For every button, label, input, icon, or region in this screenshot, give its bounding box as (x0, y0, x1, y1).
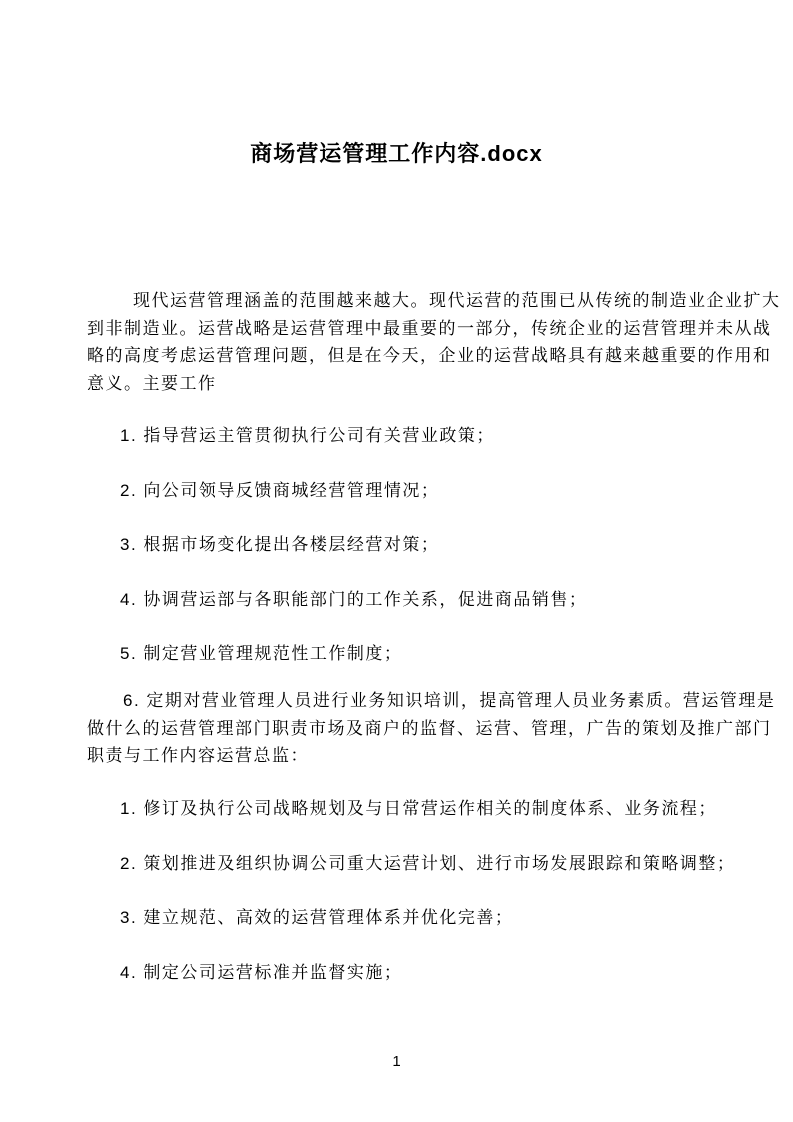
director-duties-list: 1. 修订及执行公司战略规划及与日常营运作相关的制度体系、业务流程； 2. 策划… (87, 795, 793, 1013)
list-item: 1. 指导营运主管贯彻执行公司有关营业政策； (87, 422, 793, 450)
paragraph-line: 做什么的运营管理部门职责市场及商户的监督、运营、管理，广告的策划及推广部门 (87, 715, 793, 743)
duties-list: 1. 指导营运主管贯彻执行公司有关营业政策； 2. 向公司领导反馈商城经营管理情… (87, 422, 793, 695)
document-title: 商场营运管理工作内容.docx (0, 139, 793, 169)
paragraph-line: 现代运营管理涵盖的范围越来越大。现代运营的范围已从传统的制造业企业扩大 (87, 287, 793, 315)
intro-paragraph: 现代运营管理涵盖的范围越来越大。现代运营的范围已从传统的制造业企业扩大 到非制造… (87, 287, 793, 397)
paragraph-line: 到非制造业。运营战略是运营管理中最重要的一部分，传统企业的运营管理并未从战 (87, 315, 793, 343)
list-item: 3. 建立规范、高效的运营管理体系并优化完善； (87, 904, 793, 932)
page-number: 1 (0, 1052, 793, 1072)
paragraph-line: 略的高度考虑运营管理问题，但是在今天，企业的运营战略具有越来越重要的作用和 (87, 342, 793, 370)
paragraph-line: 职责与工作内容运营总监： (87, 742, 793, 770)
list-item: 2. 向公司领导反馈商城经营管理情况； (87, 477, 793, 505)
list-item: 4. 制定公司运营标准并监督实施； (87, 959, 793, 987)
paragraph-line: 意义。主要工作 (87, 370, 793, 398)
list-item: 2. 策划推进及组织协调公司重大运营计划、进行市场发展跟踪和策略调整； (87, 850, 793, 878)
list-item: 3. 根据市场变化提出各楼层经营对策； (87, 531, 793, 559)
document-page: 商场营运管理工作内容.docx 现代运营管理涵盖的范围越来越大。现代运营的范围已… (0, 0, 793, 1122)
item6-paragraph: 6. 定期对营业管理人员进行业务知识培训，提高管理人员业务素质。营运管理是 做什… (87, 687, 793, 770)
list-item: 5. 制定营业管理规范性工作制度； (87, 640, 793, 668)
paragraph-line: 6. 定期对营业管理人员进行业务知识培训，提高管理人员业务素质。营运管理是 (87, 687, 793, 715)
list-item: 1. 修订及执行公司战略规划及与日常营运作相关的制度体系、业务流程； (87, 795, 793, 823)
list-item: 4. 协调营运部与各职能部门的工作关系，促进商品销售； (87, 586, 793, 614)
